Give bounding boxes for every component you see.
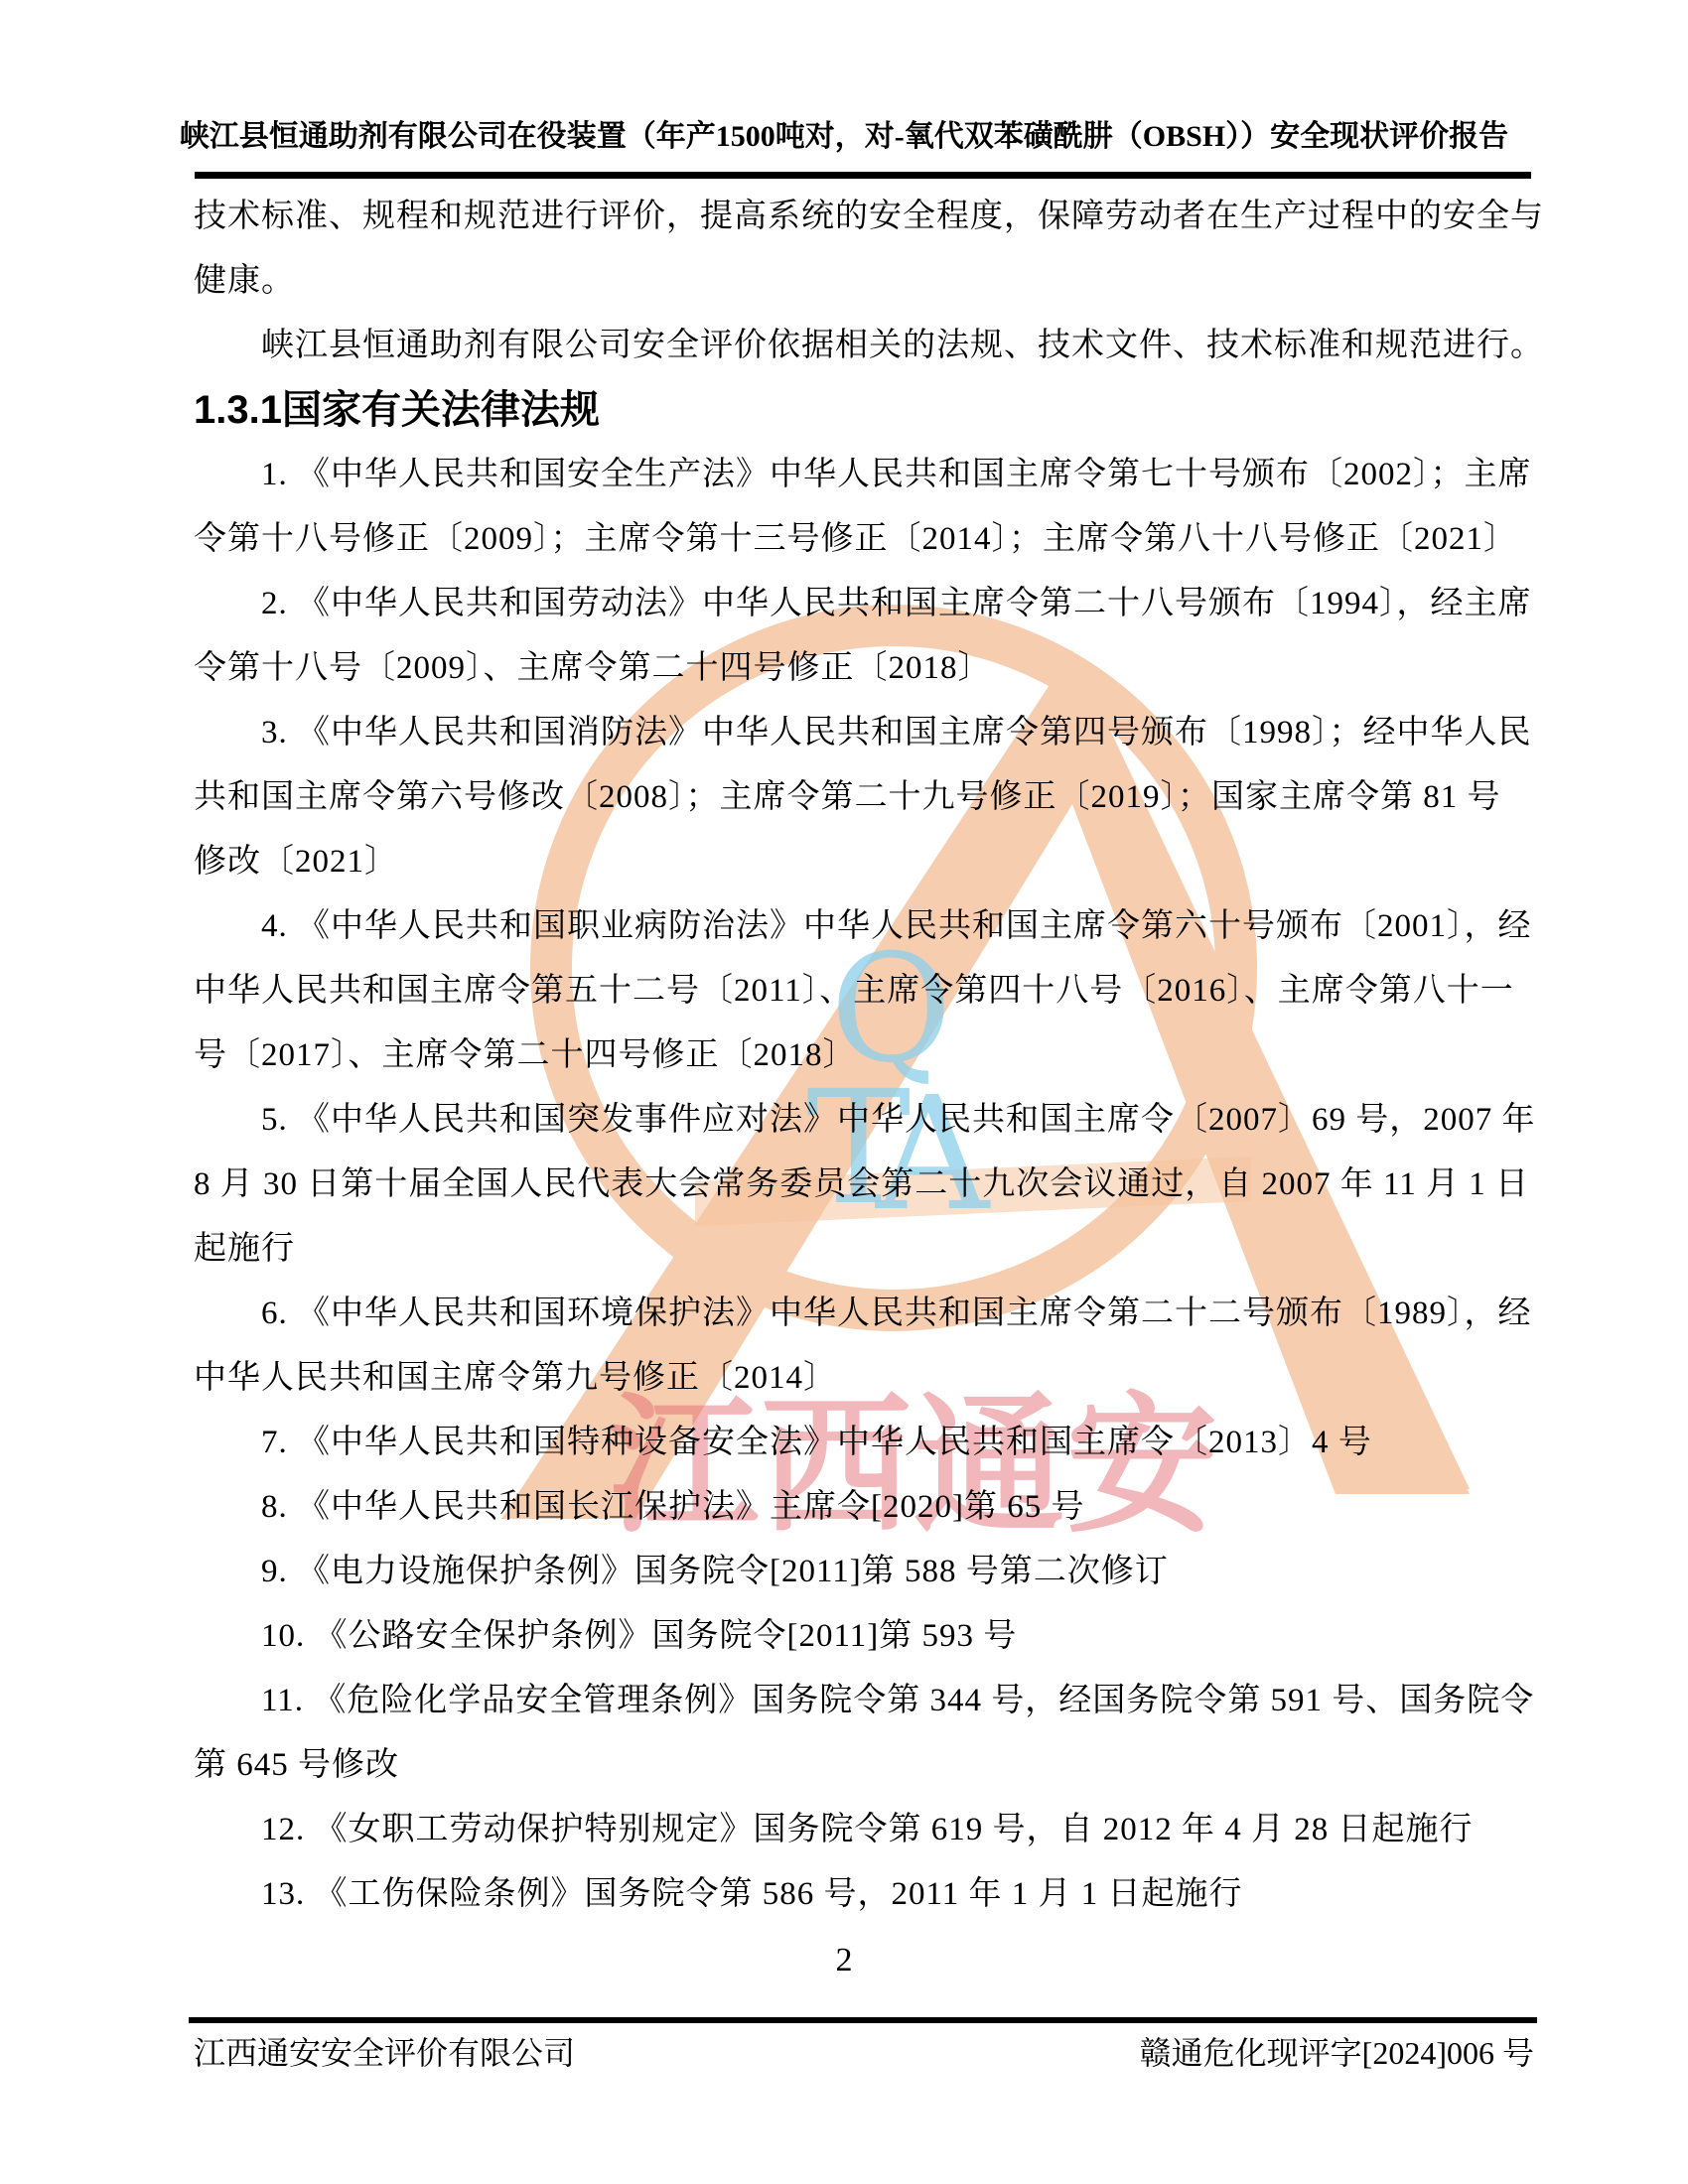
- body-line: 号〔2017〕、主席令第二十四号修正〔2018〕: [194, 1024, 1540, 1088]
- body-line: 第 645 号修改: [194, 1733, 1540, 1798]
- page-number: 2: [0, 1942, 1688, 1979]
- section-heading: 1.3.1国家有关法律法规: [194, 378, 1540, 443]
- document-page: Q T A 江西通安 峡江县恒通助剂有限公司在役装置（年产1500吨对，对-氧代…: [0, 0, 1688, 2184]
- body-line: 令第十八号修正〔2009〕；主席令第十三号修正〔2014〕；主席令第八十八号修正…: [194, 507, 1540, 572]
- body-line: 5. 《中华人民共和国突发事件应对法》中华人民共和国主席令〔2007〕69 号，…: [194, 1088, 1540, 1153]
- body-line: 技术标准、规程和规范进行评价，提高系统的安全程度，保障劳动者在生产过程中的安全与: [194, 185, 1540, 249]
- body-lines: 技术标准、规程和规范进行评价，提高系统的安全程度，保障劳动者在生产过程中的安全与…: [194, 185, 1540, 1927]
- body-line: 峡江县恒通助剂有限公司安全评价依据相关的法规、技术文件、技术标准和规范进行。: [194, 314, 1540, 378]
- body-line: 1. 《中华人民共和国安全生产法》中华人民共和国主席令第七十号颁布〔2002〕；…: [194, 443, 1540, 507]
- text-layer: 峡江县恒通助剂有限公司在役装置（年产1500吨对，对-氧代双苯磺酰肼（OBSH）…: [0, 0, 1688, 2184]
- page-header-title: 峡江县恒通助剂有限公司在役装置（年产1500吨对，对-氧代双苯磺酰肼（OBSH）…: [0, 111, 1688, 155]
- body-line: 健康。: [194, 249, 1540, 314]
- body-line: 令第十八号〔2009〕、主席令第二十四号修正〔2018〕: [194, 636, 1540, 701]
- body-line: 8 月 30 日第十届全国人民代表大会常务委员会第二十九次会议通过，自 2007…: [194, 1153, 1540, 1217]
- body-line: 9. 《电力设施保护条例》国务院令[2011]第 588 号第二次修订: [194, 1540, 1540, 1604]
- body-line: 8. 《中华人民共和国长江保护法》主席令[2020]第 65 号: [194, 1475, 1540, 1540]
- footer-row: 江西通安安全评价有限公司 赣通危化现评字[2024]006 号: [194, 2031, 1534, 2075]
- body-line: 4. 《中华人民共和国职业病防治法》中华人民共和国主席令第六十号颁布〔2001〕…: [194, 894, 1540, 959]
- footer-rule: [189, 2017, 1537, 2023]
- body-line: 修改〔2021〕: [194, 830, 1540, 894]
- body-line: 起施行: [194, 1217, 1540, 1282]
- body-line: 3. 《中华人民共和国消防法》中华人民共和国主席令第四号颁布〔1998〕；经中华…: [194, 701, 1540, 765]
- body-line: 7. 《中华人民共和国特种设备安全法》中华人民共和国主席令〔2013〕4 号: [194, 1411, 1540, 1475]
- body-line: 6. 《中华人民共和国环境保护法》中华人民共和国主席令第二十二号颁布〔1989〕…: [194, 1282, 1540, 1346]
- body-line: 中华人民共和国主席令第九号修正〔2014〕: [194, 1346, 1540, 1411]
- footer-company: 江西通安安全评价有限公司: [194, 2031, 575, 2075]
- header-rule: [195, 172, 1531, 179]
- body-line: 10. 《公路安全保护条例》国务院令[2011]第 593 号: [194, 1604, 1540, 1669]
- body-line: 13. 《工伤保险条例》国务院令第 586 号，2011 年 1 月 1 日起施…: [194, 1862, 1540, 1927]
- footer-doc-number: 赣通危化现评字[2024]006 号: [1140, 2031, 1534, 2075]
- body-line: 11. 《危险化学品安全管理条例》国务院令第 344 号，经国务院令第 591 …: [194, 1669, 1540, 1733]
- body-line: 12. 《女职工劳动保护特别规定》国务院令第 619 号，自 2012 年 4 …: [194, 1798, 1540, 1862]
- body-line: 2. 《中华人民共和国劳动法》中华人民共和国主席令第二十八号颁布〔1994〕，经…: [194, 572, 1540, 636]
- body-line: 中华人民共和国主席令第五十二号〔2011〕、主席令第四十八号〔2016〕、主席令…: [194, 959, 1540, 1024]
- body-line: 共和国主席令第六号修改〔2008〕；主席令第二十九号修正〔2019〕；国家主席令…: [194, 765, 1540, 830]
